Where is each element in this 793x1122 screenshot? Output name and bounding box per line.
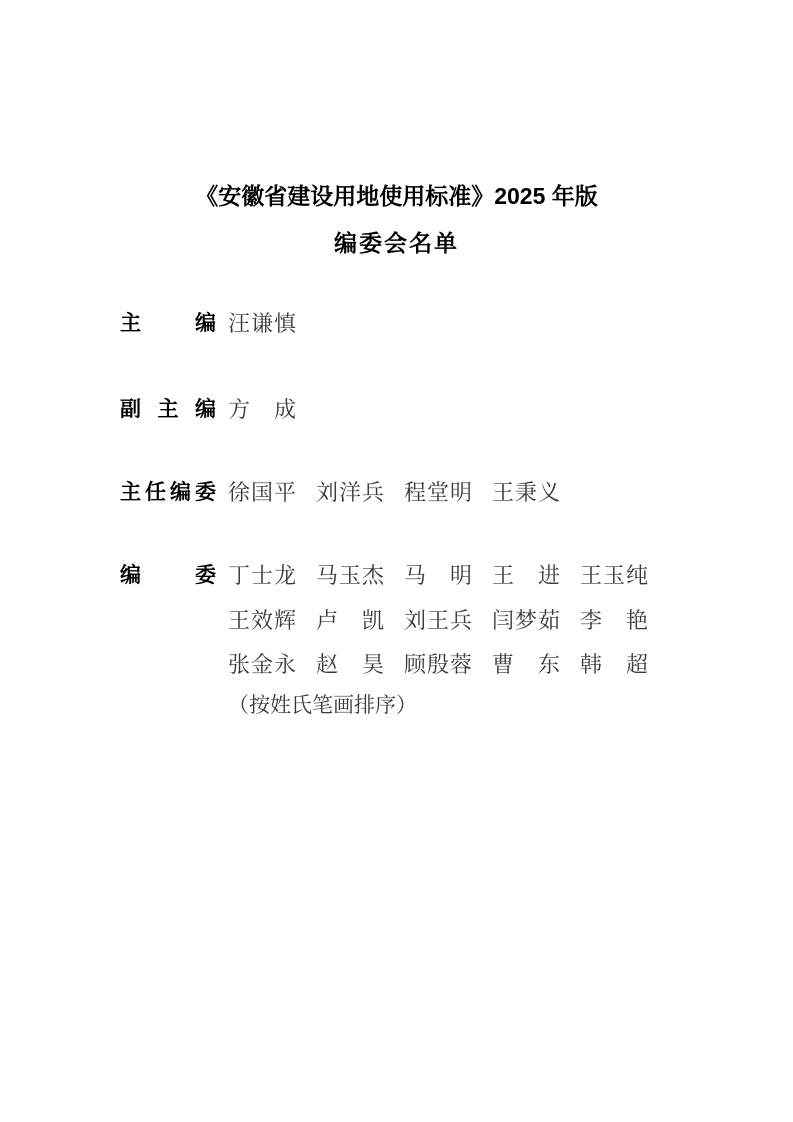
committee-member-row: 编委 丁士龙 马玉杰 马明 王进 王玉纯 xyxy=(120,563,648,589)
person-name: 顾殷蓉 xyxy=(404,652,472,678)
person-name: 方成 xyxy=(228,397,296,423)
chief-editor-names: 汪谦慎 xyxy=(228,311,296,337)
deputy-editor-names: 方成 xyxy=(228,397,296,423)
person-name: 曹东 xyxy=(492,652,560,678)
person-name: 卢凯 xyxy=(316,608,384,634)
committee-member-names-row-2: 王效辉 卢凯 刘王兵 闫梦茹 李艳 xyxy=(228,608,648,634)
person-name: 王效辉 xyxy=(228,608,296,634)
document-subtitle: 编委会名单 xyxy=(0,230,793,258)
committee-member-names-row-1: 丁士龙 马玉杰 马明 王进 王玉纯 xyxy=(228,563,648,589)
committee-member-label: 编委 xyxy=(120,563,216,589)
person-name: 程堂明 xyxy=(404,480,472,506)
person-name: 汪谦慎 xyxy=(228,311,296,337)
person-name: 丁士龙 xyxy=(228,563,296,589)
person-name: 马玉杰 xyxy=(316,563,384,589)
chief-editor-row: 主编 汪谦慎 xyxy=(120,311,296,337)
person-name: 赵昊 xyxy=(316,652,384,678)
director-editor-label: 主任编委 xyxy=(120,480,216,506)
person-name: 刘王兵 xyxy=(404,608,472,634)
person-name: 闫梦茹 xyxy=(492,608,560,634)
person-name: 王秉义 xyxy=(492,480,560,506)
deputy-editor-row: 副主编 方成 xyxy=(120,397,296,423)
person-name: 马明 xyxy=(404,563,472,589)
director-editor-row: 主任编委 徐国平 刘洋兵 程堂明 王秉义 xyxy=(120,480,560,506)
deputy-editor-label: 副主编 xyxy=(120,397,216,423)
committee-member-names-row-3: 张金永 赵昊 顾殷蓉 曹东 韩超 xyxy=(228,652,648,678)
person-name: 王进 xyxy=(492,563,560,589)
person-name: 刘洋兵 xyxy=(316,480,384,506)
person-name: 韩超 xyxy=(580,652,648,678)
person-name: 张金永 xyxy=(228,652,296,678)
director-editor-names: 徐国平 刘洋兵 程堂明 王秉义 xyxy=(228,480,560,506)
document-title: 《安徽省建设用地使用标准》2025 年版 xyxy=(0,183,793,211)
chief-editor-label: 主编 xyxy=(120,311,216,337)
document-page: 《安徽省建设用地使用标准》2025 年版 编委会名单 主编 汪谦慎 副主编 方成… xyxy=(0,0,793,1122)
person-name: 徐国平 xyxy=(228,480,296,506)
sort-order-note: （按姓氏笔画排序） xyxy=(228,693,417,718)
person-name: 李艳 xyxy=(580,608,648,634)
person-name: 王玉纯 xyxy=(580,563,648,589)
